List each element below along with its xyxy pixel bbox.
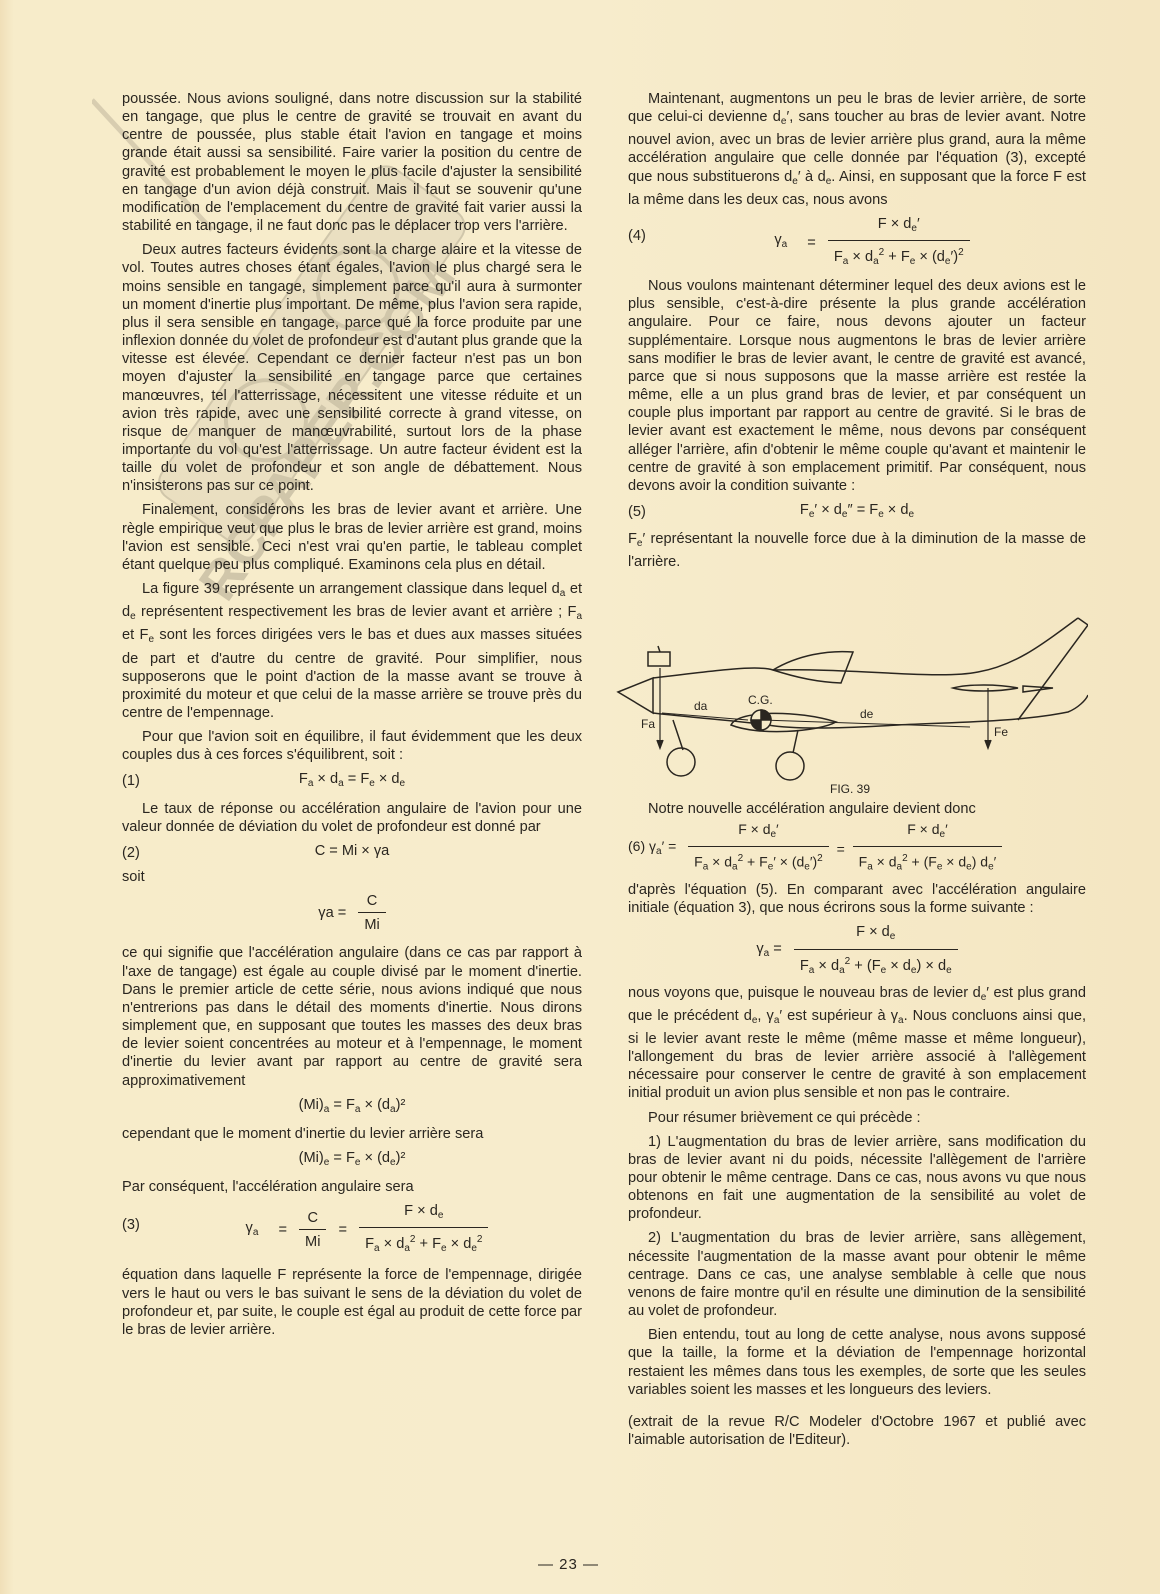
paragraph: poussée. Nous avions souligné, dans notr…	[122, 90, 582, 235]
figure-39-airplane-diagram: C.G. da de Fa Fe	[598, 610, 1088, 800]
figure-caption: FIG. 39	[830, 782, 870, 796]
page-number: — 23 —	[538, 1556, 599, 1573]
equation-mi-a: (Mi)a = Fa × (da)²	[122, 1096, 582, 1119]
paragraph: Par conséquent, l'accélération angulaire…	[122, 1178, 582, 1196]
equation-5: (5) Fe′ × de″ = Fe × de	[628, 501, 1086, 524]
paragraph: Nous voulons maintenant déterminer leque…	[628, 277, 1086, 495]
paragraph-fig-intro: La figure 39 représente un arrangement c…	[122, 580, 582, 722]
paragraph: Le taux de réponse ou accélération angul…	[122, 800, 582, 836]
equation-7: γa = F × deFa × da2 + (Fe × de) × de	[628, 923, 1086, 979]
equation-4: (4) γa = F × de′Fa × da2 + Fe × (de′)2	[628, 215, 1086, 271]
equation-1: (1) Fa × da = Fe × de	[122, 770, 582, 793]
paragraph: ce qui signifie que l'accélération angul…	[122, 944, 582, 1089]
right-column-lower: Notre nouvelle accélération angulaire de…	[628, 800, 1086, 1455]
source-note: (extrait de la revue R/C Modeler d'Octob…	[628, 1413, 1086, 1449]
paragraph: Maintenant, augmentons un peu le bras de…	[628, 90, 1086, 209]
equation-6: (6) γa′ = F × de′Fa × da2 + Fe′ × (de′)2…	[628, 820, 1086, 877]
equation-mi-e: (Mi)e = Fe × (de)²	[122, 1149, 582, 1172]
paragraph: nous voyons que, puisque le nouveau bras…	[628, 984, 1086, 1103]
paragraph: Finalement, considérons les bras de levi…	[122, 501, 582, 574]
paragraph: cependant que le moment d'inertie du lev…	[122, 1125, 582, 1143]
da-label: da	[694, 699, 708, 713]
paragraph: Bien entendu, tout au long de cette anal…	[628, 1326, 1086, 1399]
equation-2b: γa = CMi	[122, 892, 582, 934]
paragraph: équation dans laquelle F représente la f…	[122, 1266, 582, 1339]
paragraph: Pour que l'avion soit en équilibre, il f…	[122, 728, 582, 764]
right-column: Maintenant, augmentons un peu le bras de…	[628, 90, 1086, 577]
de-label: de	[860, 707, 874, 721]
fa-label: Fa	[641, 717, 655, 731]
paragraph: Deux autres facteurs évidents sont la ch…	[122, 241, 582, 495]
summary-item-1: 1) L'augmentation du bras de levier arri…	[628, 1133, 1086, 1224]
soit-label: soit	[122, 868, 582, 886]
paragraph: Fe′ représentant la nouvelle force due à…	[628, 530, 1086, 571]
equation-2: (2) C = Mi × γa	[122, 842, 582, 862]
fe-label: Fe	[994, 725, 1008, 739]
cg-label: C.G.	[748, 693, 773, 707]
paragraph: Pour résumer brièvement ce qui précède :	[628, 1109, 1086, 1127]
summary-item-2: 2) L'augmentation du bras de levier arri…	[628, 1229, 1086, 1320]
paragraph: d'après l'équation (5). En comparant ave…	[628, 881, 1086, 917]
left-column: poussée. Nous avions souligné, dans notr…	[122, 90, 582, 1345]
equation-3: (3) γa = CMi = F × deFa × da2 + Fe × de2	[122, 1202, 582, 1258]
paragraph: Notre nouvelle accélération angulaire de…	[628, 800, 1086, 818]
